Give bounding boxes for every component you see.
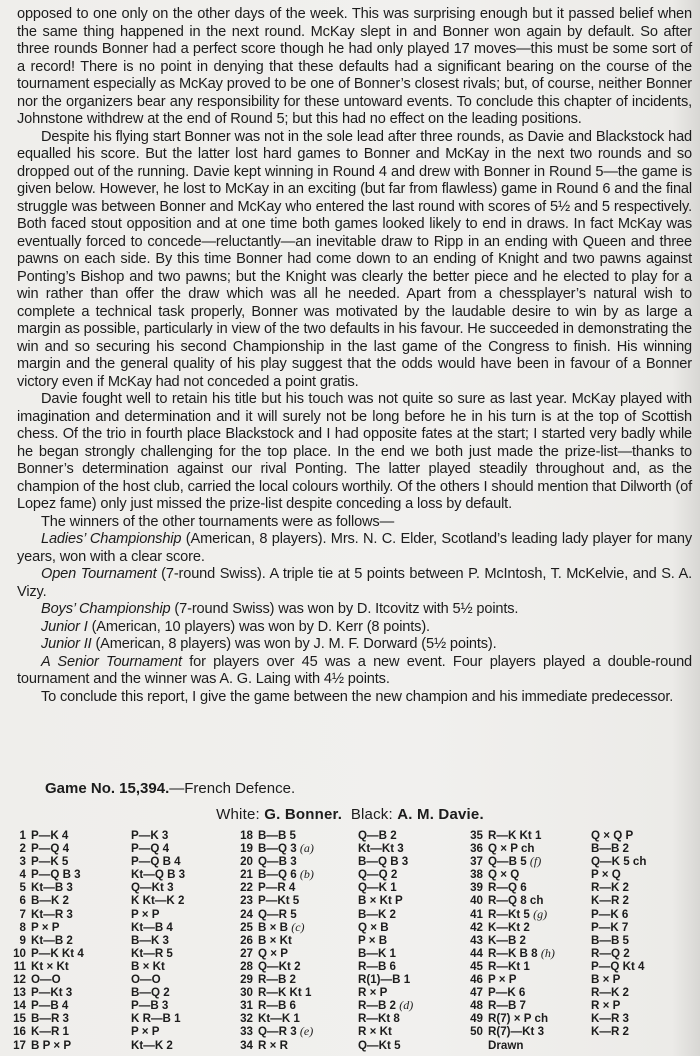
white-move: P—Kt 5: [258, 894, 358, 907]
annotation-note: (b): [300, 867, 314, 881]
move-row: 9Kt—B 2B—K 3: [6, 934, 185, 947]
black-move: B—B 5: [591, 934, 629, 947]
tournament-name: Junior I: [41, 619, 88, 635]
white-move: P—K 5: [31, 855, 131, 868]
black-move: R—B 2 (d): [358, 999, 413, 1012]
move-row: 3P—K 5P—Q B 4: [6, 855, 185, 868]
paragraph-closing: To conclude this report, I give the game…: [17, 689, 692, 707]
move-number: 3: [6, 855, 31, 868]
move-row: 40R—Q 8 chK—R 2: [463, 894, 646, 907]
move-row: 22P—R 4Q—K 1: [233, 881, 413, 894]
white-move: B × B (c): [258, 921, 358, 934]
black-move-text: B—K 1: [358, 947, 396, 960]
black-move-text: K R—B 1: [131, 1012, 181, 1025]
move-row: 44R—K B 8 (h)R—Q 2: [463, 947, 646, 960]
move-row: 21B—Q 6 (b)Q—Q 2: [233, 868, 413, 881]
black-move: Kt—K 2: [131, 1039, 173, 1052]
white-move: P—Kt 3: [31, 986, 131, 999]
black-move: R(1)—B 1: [358, 973, 410, 986]
move-row: 29R—B 2R(1)—B 1: [233, 973, 413, 986]
white-move: P—K 4: [31, 829, 131, 842]
move-row: 16K—R 1P × P: [6, 1025, 185, 1038]
white-move-text: Kt—B 2: [31, 934, 73, 947]
white-move-text: Q—R 3: [258, 1025, 297, 1038]
annotation-note: (a): [300, 841, 314, 855]
black-move-text: K—R 3: [591, 1012, 629, 1025]
move-number: 39: [463, 881, 488, 894]
move-row: 49R(7) × P chK—R 3: [463, 1012, 646, 1025]
move-number: 19: [233, 842, 258, 855]
move-number: 18: [233, 829, 258, 842]
black-move-text: B × Kt P: [358, 894, 403, 907]
move-row: 25B × B (c)Q × B: [233, 921, 413, 934]
black-move: Kt—B 4: [131, 921, 173, 934]
white-move-text: P—B 4: [31, 999, 68, 1012]
tournament-result: (American, 10 players) was won by D. Ker…: [88, 619, 430, 635]
move-row: 13P—Kt 3B—Q 2: [6, 986, 185, 999]
move-number: 43: [463, 934, 488, 947]
black-move: B × P: [591, 973, 620, 986]
move-number: 49: [463, 1012, 488, 1025]
white-move: R—B 2: [258, 973, 358, 986]
black-move: Kt—Q B 3: [131, 868, 185, 881]
black-move-text: B—K 2: [358, 908, 396, 921]
black-move-text: B—K 3: [131, 934, 169, 947]
white-move: K—Kt 2: [488, 921, 591, 934]
white-move: R × R: [258, 1039, 358, 1052]
white-move: R(7) × P ch: [488, 1012, 591, 1025]
black-label: Black:: [342, 806, 397, 823]
move-number: 44: [463, 947, 488, 960]
black-move: Q × B: [358, 921, 389, 934]
white-move-text: P—K Kt 4: [31, 947, 84, 960]
black-move: Q × Q P: [591, 829, 633, 842]
move-row: 10P—K Kt 4Kt—R 5: [6, 947, 185, 960]
white-move-text: R—B 7: [488, 999, 526, 1012]
move-number: 12: [6, 973, 31, 986]
move-row: 50R(7)—Kt 3K—R 2: [463, 1025, 646, 1038]
black-move-text: Kt—K 2: [131, 1039, 173, 1052]
black-move: K R—B 1: [131, 1012, 181, 1025]
move-number: 28: [233, 960, 258, 973]
black-move-text: Q—B 2: [358, 829, 397, 842]
moves-column-1: 1P—K 4P—K 32P—Q 4P—Q 43P—K 5P—Q B 44P—Q …: [6, 829, 185, 1052]
black-move-text: R—B 6: [358, 960, 396, 973]
white-move: P—R 4: [258, 881, 358, 894]
move-row: 39R—Q 6R—K 2: [463, 881, 646, 894]
move-number: 9: [6, 934, 31, 947]
move-number: 1: [6, 829, 31, 842]
move-number: 40: [463, 894, 488, 907]
white-move-text: Kt—K 1: [258, 1012, 300, 1025]
black-move-text: R—Kt 8: [358, 1012, 400, 1025]
black-move: K—R 2: [591, 894, 629, 907]
white-move: B—R 3: [31, 1012, 131, 1025]
black-move-text: B × Kt: [131, 960, 165, 973]
document-page: opposed to one only on the other days of…: [0, 0, 700, 1056]
white-move: B—K 2: [31, 894, 131, 907]
move-row: 26B × KtP × B: [233, 934, 413, 947]
white-label: White:: [216, 806, 264, 823]
move-number: 15: [6, 1012, 31, 1025]
move-number: 13: [6, 986, 31, 999]
white-move: P—K Kt 4: [31, 947, 131, 960]
black-move-text: P × Q: [591, 868, 621, 881]
black-move: P—Q 4: [131, 842, 169, 855]
move-row: 2P—Q 4P—Q 4: [6, 842, 185, 855]
move-row: 7Kt—R 3P × P: [6, 908, 185, 921]
move-row: 11Kt × KtB × Kt: [6, 960, 185, 973]
white-move-text: Q × Q: [488, 868, 519, 881]
black-move: Kt—Kt 3: [358, 842, 404, 855]
move-number: 24: [233, 908, 258, 921]
white-move-text: R—Kt 5: [488, 908, 530, 921]
black-move-text: Kt—B 4: [131, 921, 173, 934]
black-move-text: R—Q 2: [591, 947, 630, 960]
black-move-text: B—B 5: [591, 934, 629, 947]
white-move: B × Kt: [258, 934, 358, 947]
black-move: B—K 1: [358, 947, 396, 960]
move-row: 48R—B 7R × P: [463, 999, 646, 1012]
black-move-text: Q × Q P: [591, 829, 633, 842]
white-move-text: R—B 6: [258, 999, 296, 1012]
black-move: P × B: [358, 934, 387, 947]
white-move-text: B × Kt: [258, 934, 292, 947]
move-number: 22: [233, 881, 258, 894]
game-opening: —French Defence.: [169, 780, 295, 797]
white-move-text: K—Kt 2: [488, 921, 530, 934]
tournament-result: (American, 8 players) was won by J. M. F…: [92, 636, 497, 652]
black-move: Q—Kt 3: [131, 881, 174, 894]
move-number: 46: [463, 973, 488, 986]
white-move: Q—B 5 (f): [488, 855, 591, 868]
black-move: P—Q B 4: [131, 855, 181, 868]
move-row: 30R—K Kt 1R × P: [233, 986, 413, 999]
black-move-text: R—B 2: [358, 999, 396, 1012]
white-move-text: P × P: [31, 921, 59, 934]
black-move-text: Q × B: [358, 921, 389, 934]
black-move: R—Q 2: [591, 947, 630, 960]
white-move-text: P—K 6: [488, 986, 525, 999]
black-move-text: O—O: [131, 973, 161, 986]
white-move: P—K 6: [488, 986, 591, 999]
black-move-text: R × P: [358, 986, 387, 999]
black-move-text: P—Q 4: [131, 842, 169, 855]
black-move: K—R 2: [591, 1025, 629, 1038]
white-move-text: B—R 3: [31, 1012, 69, 1025]
tournament-name: A Senior Tournament: [41, 654, 182, 670]
black-move: P—Q Kt 4: [591, 960, 644, 973]
move-row: 14P—B 4P—B 3: [6, 999, 185, 1012]
move-row: 15B—R 3K R—B 1: [6, 1012, 185, 1025]
white-move-text: O—O: [31, 973, 61, 986]
black-move: R—Kt 8: [358, 1012, 400, 1025]
black-move: R—B 6: [358, 960, 396, 973]
black-move: P—K 7: [591, 921, 628, 934]
black-move-text: P—Q B 4: [131, 855, 181, 868]
black-move-text: Kt—R 5: [131, 947, 173, 960]
black-move: K Kt—K 2: [131, 894, 184, 907]
white-move-text: R × R: [258, 1039, 288, 1052]
move-number: 42: [463, 921, 488, 934]
black-move: O—O: [131, 973, 161, 986]
black-move-text: P—K 7: [591, 921, 628, 934]
moves-column-2: 18B—B 5Q—B 219B—Q 3 (a)Kt—Kt 320Q—B 3B—Q…: [233, 829, 413, 1052]
white-player: G. Bonner.: [264, 806, 342, 823]
white-move: R—K Kt 1: [258, 986, 358, 999]
moves-column-3: 35R—K Kt 1Q × Q P36Q × P chB—B 237Q—B 5 …: [463, 829, 646, 1052]
tournament-name: Ladies’ Championship: [41, 531, 181, 547]
tournament-boys: Boys’ Championship (7-round Swiss) was w…: [17, 601, 692, 619]
annotation-note: (f): [530, 854, 541, 868]
white-move: P—Q B 3: [31, 868, 131, 881]
annotation-note: (h): [541, 946, 555, 960]
move-number: 5: [6, 881, 31, 894]
black-move: B—Q B 3: [358, 855, 408, 868]
move-row: 42K—Kt 2P—K 7: [463, 921, 646, 934]
black-move-text: P—K 3: [131, 829, 168, 842]
move-row: 18B—B 5Q—B 2: [233, 829, 413, 842]
black-move-text: R × Kt: [358, 1025, 392, 1038]
game-number: Game No. 15,394.: [45, 780, 169, 797]
tournament-ladies: Ladies’ Championship (American, 8 player…: [17, 531, 692, 566]
move-row: 33Q—R 3 (e)R × Kt: [233, 1025, 413, 1038]
move-number: 47: [463, 986, 488, 999]
paragraph-others: Davie fought well to retain his title bu…: [17, 391, 692, 514]
white-move: P—B 4: [31, 999, 131, 1012]
white-move-text: P—R 4: [258, 881, 295, 894]
white-move: R—K Kt 1: [488, 829, 591, 842]
white-move: R—B 7: [488, 999, 591, 1012]
white-move-text: Q—B 5: [488, 855, 527, 868]
white-move: Q × P: [258, 947, 358, 960]
black-move: P—B 3: [131, 999, 168, 1012]
white-move-text: B P × P: [31, 1039, 71, 1052]
tournament-result: (7-round Swiss) was won by D. Itcovitz w…: [171, 601, 519, 617]
move-number: 38: [463, 868, 488, 881]
game-result-row: 0Drawn: [463, 1039, 646, 1052]
white-move-text: P × P: [488, 973, 516, 986]
black-move-text: P × P: [131, 1025, 159, 1038]
annotation-note: (e): [300, 1024, 313, 1038]
black-move: K—R 3: [591, 1012, 629, 1025]
black-move-text: B—Q 2: [131, 986, 170, 999]
move-row: 36Q × P chB—B 2: [463, 842, 646, 855]
white-move: B P × P: [31, 1039, 131, 1052]
black-move: P × Q: [591, 868, 621, 881]
black-move: Q—B 2: [358, 829, 397, 842]
white-move: Q—R 3 (e): [258, 1025, 358, 1038]
move-number: 25: [233, 921, 258, 934]
move-row: 8P × PKt—B 4: [6, 921, 185, 934]
white-move-text: P—Kt 3: [31, 986, 72, 999]
move-number: 8: [6, 921, 31, 934]
black-move: R × P: [591, 999, 620, 1012]
move-row: 12O—OO—O: [6, 973, 185, 986]
white-move-text: R—Q 6: [488, 881, 527, 894]
move-row: 6B—K 2K Kt—K 2: [6, 894, 185, 907]
move-row: 31R—B 6R—B 2 (d): [233, 999, 413, 1012]
black-move-text: Q—Kt 3: [131, 881, 174, 894]
black-move: P × P: [131, 1025, 159, 1038]
black-move: B × Kt P: [358, 894, 403, 907]
report-body: opposed to one only on the other days of…: [17, 6, 692, 706]
tournament-open: Open Tournament (7-round Swiss). A tripl…: [17, 566, 692, 601]
black-move: P—K 3: [131, 829, 168, 842]
move-number: 16: [6, 1025, 31, 1038]
black-move: Q—Kt 5: [358, 1039, 401, 1052]
black-move: B—K 3: [131, 934, 169, 947]
white-move-text: R—K Kt 1: [258, 986, 311, 999]
white-move-text: Kt—R 3: [31, 908, 73, 921]
move-number: 32: [233, 1012, 258, 1025]
black-move: P—K 6: [591, 908, 628, 921]
move-row: 37Q—B 5 (f)Q—K 5 ch: [463, 855, 646, 868]
move-row: 23P—Kt 5B × Kt P: [233, 894, 413, 907]
black-move-text: R—K 2: [591, 881, 629, 894]
move-row: 32Kt—K 1R—Kt 8: [233, 1012, 413, 1025]
white-move-text: R(7) × P ch: [488, 1012, 548, 1025]
move-row: 24Q—R 5B—K 2: [233, 908, 413, 921]
white-move-text: K—B 2: [488, 934, 526, 947]
white-move: Kt × Kt: [31, 960, 131, 973]
black-move: R × P: [358, 986, 387, 999]
tournament-junior-2: Junior II (American, 8 players) was won …: [17, 636, 692, 654]
white-move: R(7)—Kt 3: [488, 1025, 591, 1038]
white-move-text: Q—Kt 2: [258, 960, 301, 973]
game-result: Drawn: [488, 1039, 523, 1052]
white-move: Q × Q: [488, 868, 591, 881]
black-move-text: Q—Kt 5: [358, 1039, 401, 1052]
move-number: 37: [463, 855, 488, 868]
white-move: K—R 1: [31, 1025, 131, 1038]
tournament-name: Open Tournament: [41, 566, 157, 582]
move-row: 47P—K 6R—K 2: [463, 986, 646, 999]
white-move: Q—Kt 2: [258, 960, 358, 973]
black-move: B × Kt: [131, 960, 165, 973]
white-move: B—Q 6 (b): [258, 868, 358, 881]
paragraph-race: Despite his flying start Bonner was not …: [17, 129, 692, 392]
white-move-text: P—Kt 5: [258, 894, 299, 907]
move-number: 6: [6, 894, 31, 907]
game-players: White: G. Bonner. Black: A. M. Davie.: [0, 806, 700, 823]
white-move: B—Q 3 (a): [258, 842, 358, 855]
move-row: 45R—Kt 1P—Q Kt 4: [463, 960, 646, 973]
white-move: Kt—B 2: [31, 934, 131, 947]
move-number: 34: [233, 1039, 258, 1052]
white-move-text: K—R 1: [31, 1025, 69, 1038]
tournament-senior: A Senior Tournament for players over 45 …: [17, 654, 692, 689]
black-move-text: Q—K 1: [358, 881, 397, 894]
move-number: 36: [463, 842, 488, 855]
white-move-text: B—Q 6: [258, 868, 297, 881]
move-row: 20Q—B 3B—Q B 3: [233, 855, 413, 868]
black-move: Kt—R 5: [131, 947, 173, 960]
move-row: 35R—K Kt 1Q × Q P: [463, 829, 646, 842]
move-row: 1P—K 4P—K 3: [6, 829, 185, 842]
black-move-text: K—R 2: [591, 1025, 629, 1038]
black-move-text: K Kt—K 2: [131, 894, 184, 907]
white-move-text: P—K 4: [31, 829, 68, 842]
white-move: Kt—R 3: [31, 908, 131, 921]
move-number: 27: [233, 947, 258, 960]
white-move-text: R—Kt 1: [488, 960, 530, 973]
move-number: 14: [6, 999, 31, 1012]
move-number: 35: [463, 829, 488, 842]
black-move-text: B × P: [591, 973, 620, 986]
white-move-text: Kt × Kt: [31, 960, 69, 973]
white-move-text: R—K B 8: [488, 947, 538, 960]
move-row: 41R—Kt 5 (g)P—K 6: [463, 908, 646, 921]
move-number: 11: [6, 960, 31, 973]
move-row: 28Q—Kt 2R—B 6: [233, 960, 413, 973]
black-player: A. M. Davie.: [397, 806, 484, 823]
black-move-text: Q—K 5 ch: [591, 855, 646, 868]
tournament-name: Boys’ Championship: [41, 601, 171, 617]
move-number: 23: [233, 894, 258, 907]
white-move: R—Q 6: [488, 881, 591, 894]
black-move-text: P—B 3: [131, 999, 168, 1012]
white-move: R—B 6: [258, 999, 358, 1012]
black-move-text: R × P: [591, 999, 620, 1012]
move-number: 17: [6, 1039, 31, 1052]
white-move: R—K B 8 (h): [488, 947, 591, 960]
move-number: 29: [233, 973, 258, 986]
move-number: 31: [233, 999, 258, 1012]
black-move: R × Kt: [358, 1025, 392, 1038]
move-number: 2: [6, 842, 31, 855]
move-row: 46P × PB × P: [463, 973, 646, 986]
black-move-text: Kt—Q B 3: [131, 868, 185, 881]
move-number: 7: [6, 908, 31, 921]
move-number: 30: [233, 986, 258, 999]
move-number: 26: [233, 934, 258, 947]
move-number: 48: [463, 999, 488, 1012]
black-move: Q—K 1: [358, 881, 397, 894]
paragraph-defaults: opposed to one only on the other days of…: [17, 6, 692, 129]
black-move: Q—K 5 ch: [591, 855, 646, 868]
black-move: B—Q 2: [131, 986, 170, 999]
move-number: 4: [6, 868, 31, 881]
white-move-text: Q—B 3: [258, 855, 297, 868]
move-number: 50: [463, 1025, 488, 1038]
white-move-text: B—K 2: [31, 894, 69, 907]
black-move: B—K 2: [358, 908, 396, 921]
white-move-text: Q × P: [258, 947, 288, 960]
annotation-note: (g): [533, 907, 547, 921]
white-move-text: R(7)—Kt 3: [488, 1025, 544, 1038]
white-move: R—Kt 1: [488, 960, 591, 973]
move-number: 33: [233, 1025, 258, 1038]
white-move-text: Q × P ch: [488, 842, 535, 855]
move-row: 5Kt—B 3Q—Kt 3: [6, 881, 185, 894]
white-move: O—O: [31, 973, 131, 986]
black-move: Q—Q 2: [358, 868, 397, 881]
white-move-text: B × B: [258, 921, 288, 934]
white-move: P × P: [488, 973, 591, 986]
white-move-text: R—K Kt 1: [488, 829, 541, 842]
move-number: 10: [6, 947, 31, 960]
black-move: B—B 2: [591, 842, 629, 855]
black-move-text: P—K 6: [591, 908, 628, 921]
white-move-text: P—Q 4: [31, 842, 69, 855]
black-move-text: P—Q Kt 4: [591, 960, 644, 973]
black-move-text: K—R 2: [591, 894, 629, 907]
black-move-text: B—B 2: [591, 842, 629, 855]
white-move: Kt—B 3: [31, 881, 131, 894]
white-move-text: B—Q 3: [258, 842, 297, 855]
white-move-text: P—Q B 3: [31, 868, 81, 881]
